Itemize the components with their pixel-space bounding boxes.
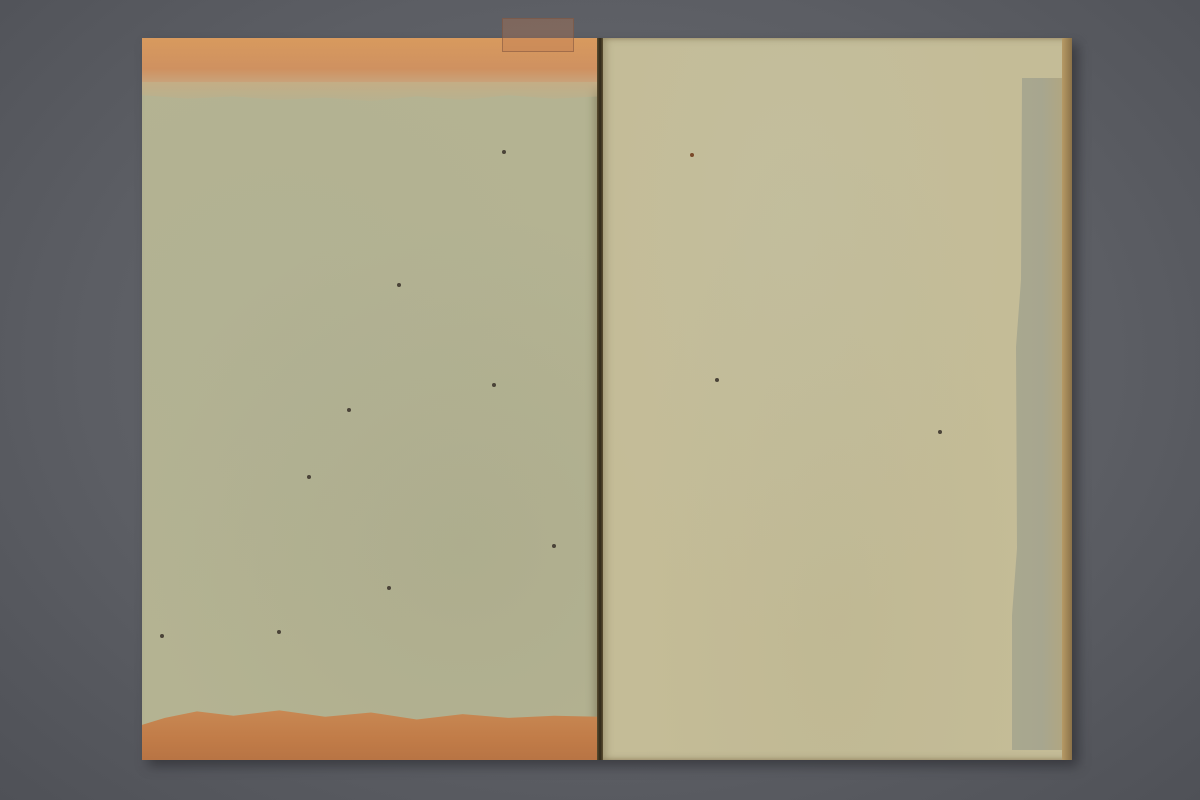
paper-speck [277,630,281,634]
paper-speck [715,378,719,382]
paper-speck [552,544,556,548]
page-edge [1062,38,1072,760]
paper-speck [397,283,401,287]
paper-speck [492,383,496,387]
left-torn-edge [142,82,600,106]
paper-speck [347,408,351,412]
book-spine [597,38,603,760]
paper-speck [307,475,311,479]
left-bottom-binding-band [142,706,600,760]
repaired-edge-strip [1012,78,1062,750]
paper-speck [690,153,694,157]
paper-speck [160,634,164,638]
paper-speck [502,150,506,154]
right-page [600,38,1072,760]
paper-speck [938,430,942,434]
left-page [142,38,600,760]
archive-tag [502,18,574,52]
paper-speck [387,586,391,590]
